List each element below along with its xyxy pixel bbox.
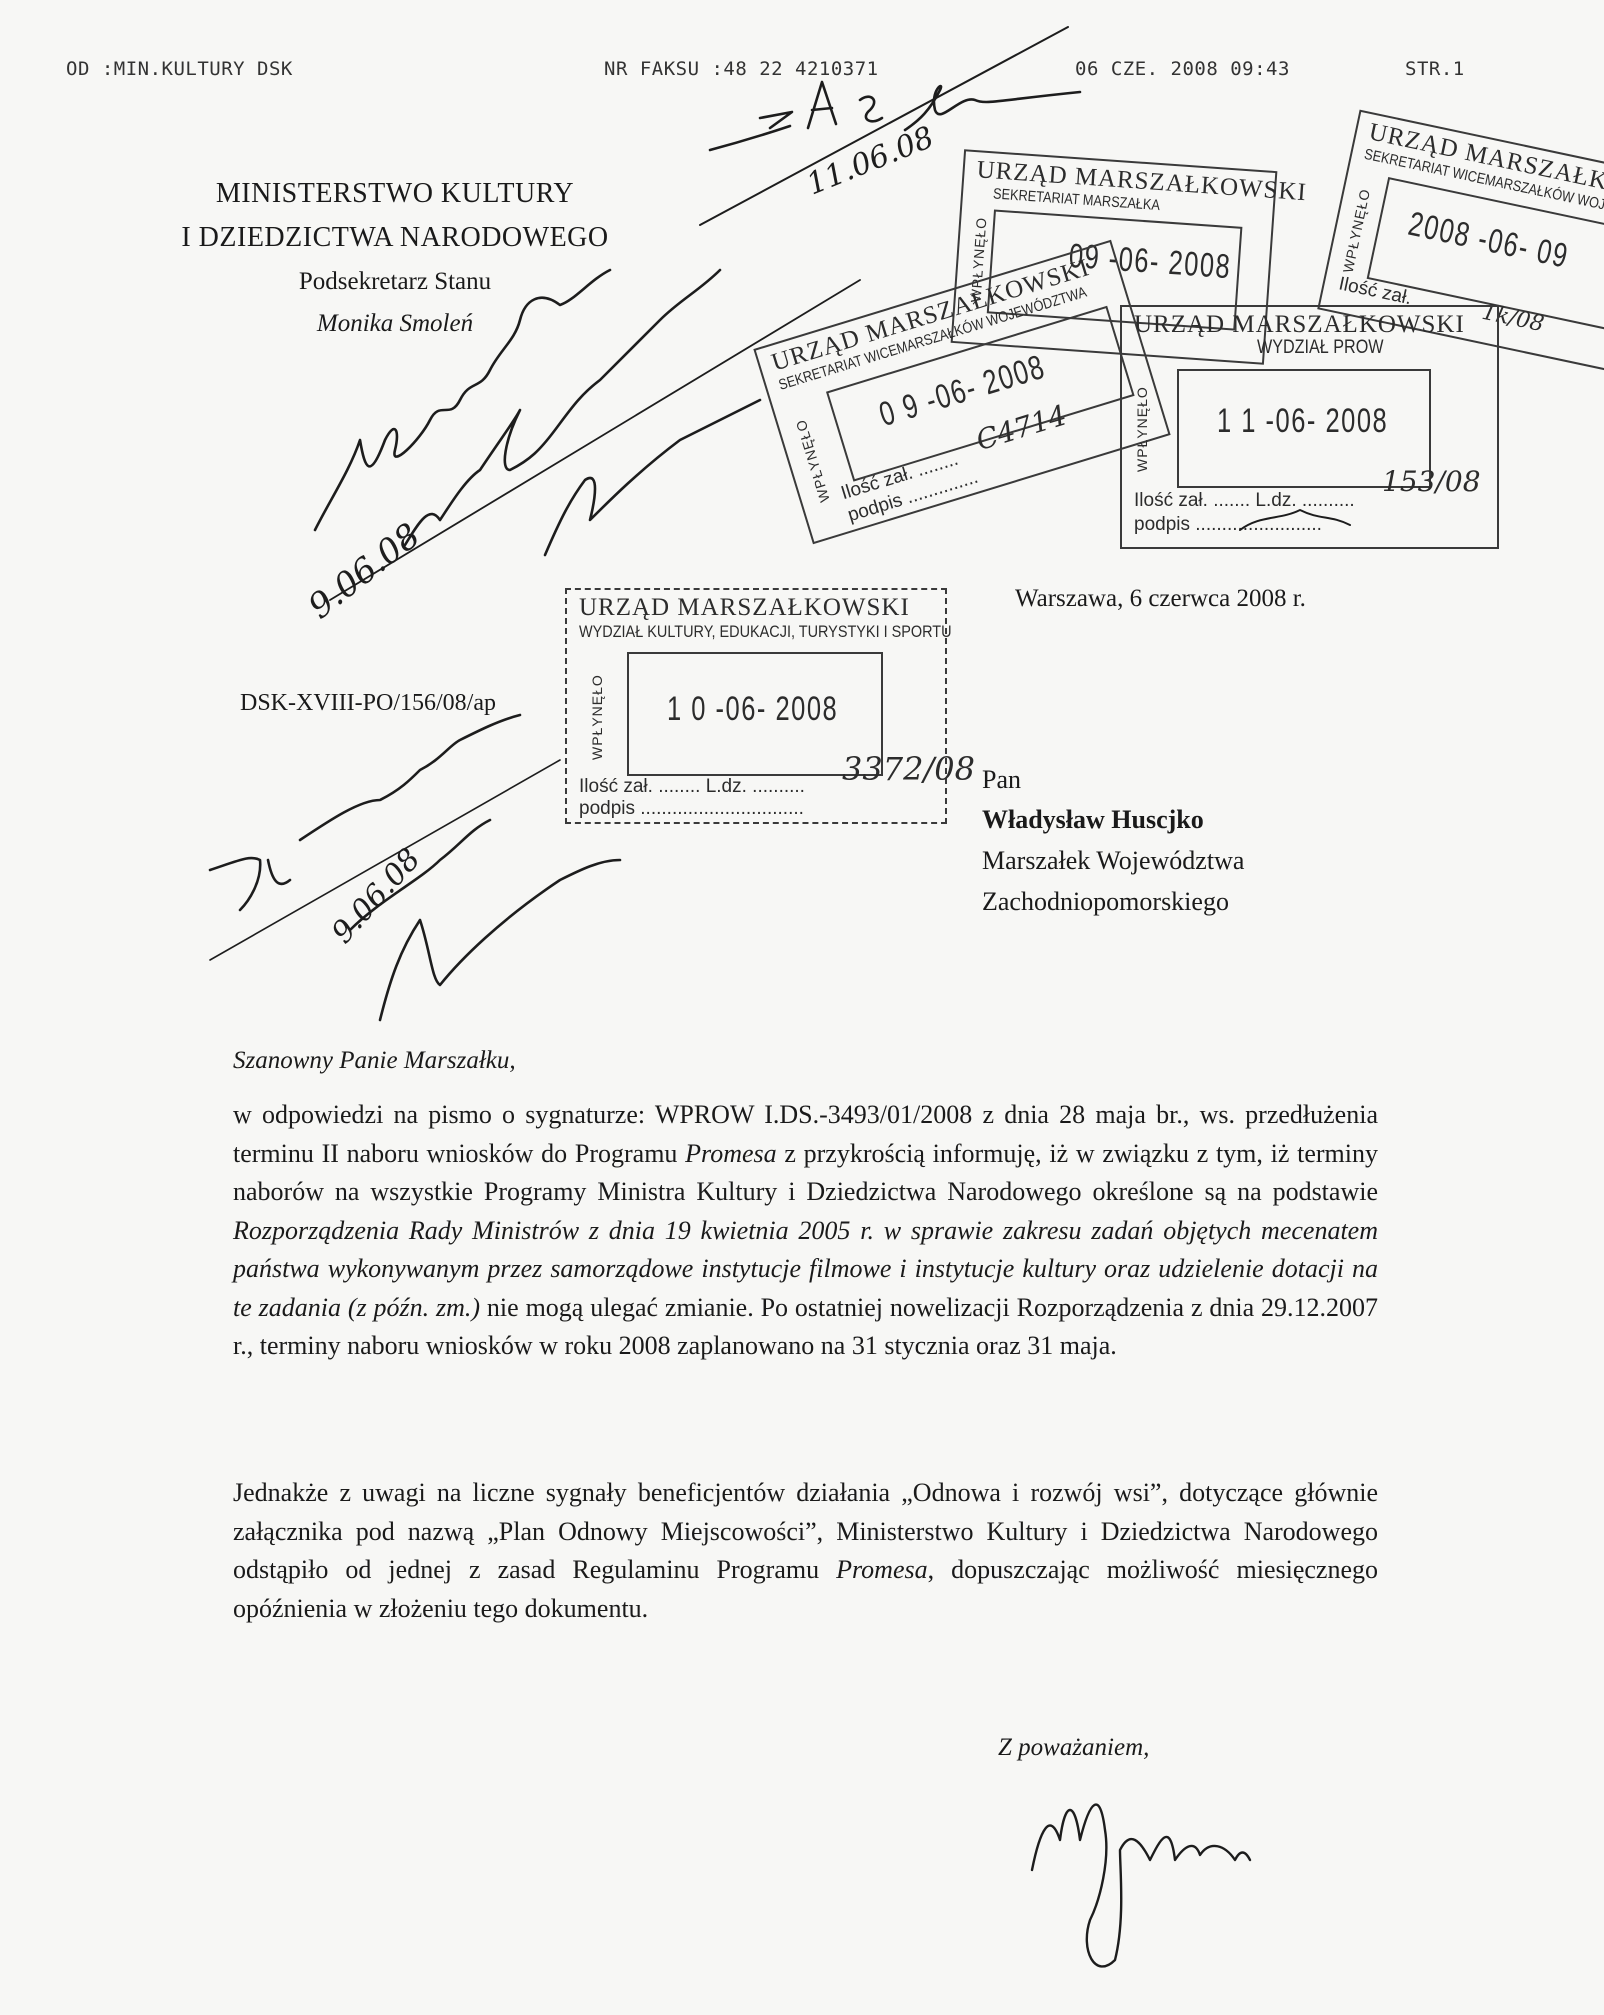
stamp-wicemarszalkow-main: URZĄD MARSZAŁKOWSKI SEKRETARIAT WICEMARS… [753,240,1170,544]
stamp-title: URZĄD MARSZAŁKOWSKI [579,594,910,622]
stamp-signature-line: podpis ............................... [579,798,804,820]
stamp-department: WYDZIAŁ PROW [1257,337,1384,359]
letterhead-name: Monika Smoleń [115,310,675,338]
letterhead-position: Podsekretarz Stanu [115,268,675,296]
stamp-handwritten-number: 3372/08 [842,750,975,788]
salutation: Szanowny Panie Marszałku, [233,1047,516,1075]
recipient-title-1: Marszałek Województwa [982,846,1244,876]
recipient-prefix: Pan [982,765,1021,795]
fax-datetime: 06 CZE. 2008 09:43 [1075,58,1290,80]
stamp-wydzial-kultury: URZĄD MARSZAŁKOWSKI WYDZIAŁ KULTURY, EDU… [565,588,947,824]
stamp-signature-line: podpis ........................ [1134,514,1322,536]
svg-text:9.06.08: 9.06.08 [301,516,428,627]
stamp-attachments-line: Ilość zał. ....... L.dz. .......... [1134,490,1355,512]
svg-text:9.06.08: 9.06.08 [325,842,428,951]
program-name: Promesa [685,1139,776,1168]
fax-page: STR.1 [1405,58,1465,80]
arrow-stroke [710,126,790,150]
stamp-department: WYDZIAŁ KULTURY, EDUKACJI, TURYSTYKI I S… [579,622,952,642]
recipient-title-2: Zachodniopomorskiego [982,887,1229,917]
stamp-wydzial-prow: URZĄD MARSZAŁKOWSKI WYDZIAŁ PROW WPŁYNĘŁ… [1120,305,1499,549]
fax-sender: OD :MIN.KULTURY DSK [66,58,293,80]
stamp-side-label: WPŁYNĘŁO [1340,187,1373,274]
stamp-attachments-line: Ilość zał. ........ L.dz. .......... [579,776,805,798]
closing: Z poważaniem, [998,1734,1149,1762]
stamp-side-label: WPŁYNĘŁO [589,674,605,760]
stamp-title: URZĄD MARSZAŁKOWSKI [1134,311,1465,339]
letterhead-line2: I DZIEDZICTWA NARODOWEGO [115,222,675,254]
recipient-name: Władysław Huscjko [982,805,1204,835]
place-date: Warszawa, 6 czerwca 2008 r. [1015,585,1306,613]
body-paragraph-1: w odpowiedzi na pismo o sygnaturze: WPRO… [233,1096,1378,1366]
svg-text:11.06.08: 11.06.08 [802,120,939,202]
body-paragraph-2: Jednakże z uwagi na liczne sygnały benef… [233,1474,1378,1628]
stamp-date: 1 0 -06- 2008 [667,690,838,729]
letterhead-line1: MINISTERSTWO KULTURY [115,178,675,210]
stamp-date: 1 1 -06- 2008 [1217,402,1388,441]
stamp-handwritten-number: 153/08 [1382,465,1481,498]
reference-number: DSK-XVIII-PO/156/08/ap [240,690,496,717]
stamp-side-label: WPŁYNĘŁO [792,417,832,504]
stamp-side-label: WPŁYNĘŁO [1134,386,1150,472]
program-name: Promesa [836,1555,927,1584]
fax-number: NR FAKSU :48 22 4210371 [604,58,879,80]
